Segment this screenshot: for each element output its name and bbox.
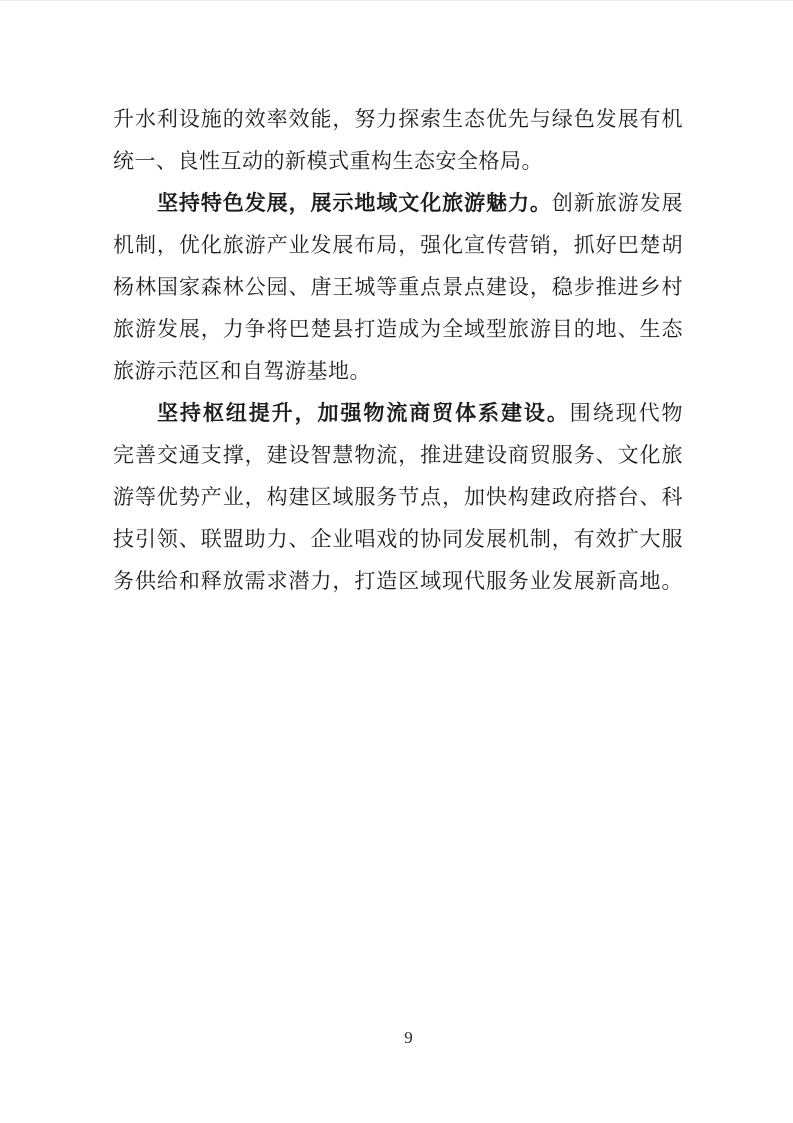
text-line: 升水利设施的效率效能，努力探索生态优先与绿色发展有机: [113, 98, 683, 140]
text-segment: 杨林国家森林公园、唐王城等重点景点建设，稳步推进乡村: [113, 275, 683, 299]
bold-lead-segment: 坚持枢纽提升，加强物流商贸体系建设。: [157, 402, 570, 425]
text-segment: 务供给和释放需求潜力，打造区域现代服务业发展新高地。: [113, 569, 683, 593]
text-segment: 机制，优化旅游产业发展布局，强化宣传营销，抓好巴楚胡: [113, 233, 683, 257]
text-line: 技引领、联盟助力、企业唱戏的协同发展机制，有效扩大服: [113, 518, 683, 560]
text-line: 游等优势产业，构建区域服务节点，加快构建政府搭台、科: [113, 476, 683, 518]
text-line: 务供给和释放需求潜力，打造区域现代服务业发展新高地。: [113, 560, 683, 602]
text-segment: 旅游发展，力争将巴楚县打造成为全域型旅游目的地、生态: [113, 317, 683, 341]
text-line: 坚持枢纽提升，加强物流商贸体系建设。围绕现代物流，: [113, 392, 683, 434]
text-line: 统一、良性互动的新模式重构生态安全格局。: [113, 140, 683, 182]
page-number: 9: [12, 1027, 793, 1049]
para-logistics-commerce: 坚持枢纽提升，加强物流商贸体系建设。围绕现代物流，完善交通支撑，建设智慧物流，推…: [113, 392, 683, 602]
para-tourism-development: 坚持特色发展，展示地域文化旅游魅力。创新旅游发展机制，优化旅游产业发展布局，强化…: [113, 182, 683, 392]
text-segment: 完善交通支撑，建设智慧物流，推进建设商贸服务、文化旅: [113, 443, 683, 467]
text-segment: 统一、良性互动的新模式重构生态安全格局。: [113, 149, 543, 173]
text-line: 旅游发展，力争将巴楚县打造成为全域型旅游目的地、生态: [113, 308, 683, 350]
text-line: 杨林国家森林公园、唐王城等重点景点建设，稳步推进乡村: [113, 266, 683, 308]
text-segment: 旅游示范区和自驾游基地。: [113, 359, 371, 383]
text-segment: 技引领、联盟助力、企业唱戏的协同发展机制，有效扩大服: [113, 527, 683, 551]
text-line: 坚持特色发展，展示地域文化旅游魅力。创新旅游发展: [113, 182, 683, 224]
text-block: 升水利设施的效率效能，努力探索生态优先与绿色发展有机统一、良性互动的新模式重构生…: [113, 98, 683, 602]
text-segment: 游等优势产业，构建区域服务节点，加快构建政府搭台、科: [113, 485, 683, 509]
text-line: 旅游示范区和自驾游基地。: [113, 350, 683, 392]
text-line: 机制，优化旅游产业发展布局，强化宣传营销，抓好巴楚胡: [113, 224, 683, 266]
bold-lead-segment: 坚持特色发展，展示地域文化旅游魅力。: [157, 192, 552, 215]
text-segment: 升水利设施的效率效能，努力探索生态优先与绿色发展有机: [113, 107, 683, 131]
document-page: 升水利设施的效率效能，努力探索生态优先与绿色发展有机统一、良性互动的新模式重构生…: [0, 0, 793, 1123]
para-water-ecology: 升水利设施的效率效能，努力探索生态优先与绿色发展有机统一、良性互动的新模式重构生…: [113, 98, 683, 182]
text-line: 完善交通支撑，建设智慧物流，推进建设商贸服务、文化旅: [113, 434, 683, 476]
text-segment: 创新旅游发展: [552, 191, 683, 215]
